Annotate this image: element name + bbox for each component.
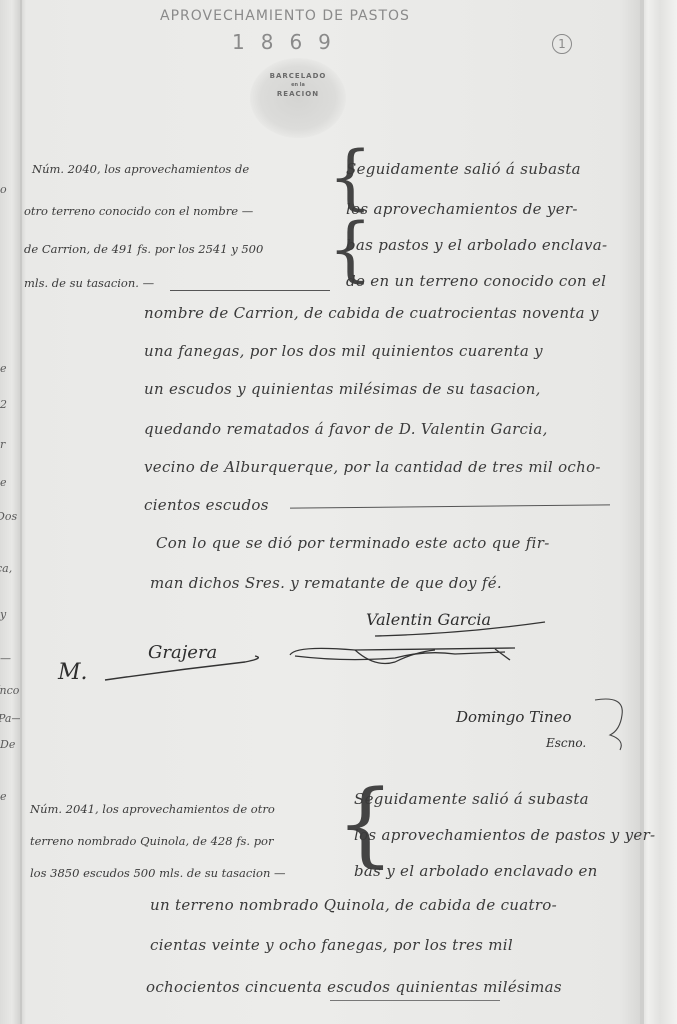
facing-fragment: 2 bbox=[0, 398, 7, 411]
facing-fragment: e bbox=[0, 362, 7, 375]
facing-fragment: e bbox=[0, 476, 7, 489]
facing-fragment: y bbox=[0, 608, 6, 621]
entry2-body-line: un terreno nombrado Quinola, de cabida d… bbox=[150, 896, 557, 914]
facing-fragment: ínco bbox=[0, 684, 19, 697]
entry1-body-line: cientos escudos bbox=[144, 496, 269, 514]
entry1-body-line: un escudos y quinientas milésimas de su … bbox=[144, 380, 541, 398]
entry2-body-line: cientas veinte y ocho fanegas, por los t… bbox=[150, 936, 513, 954]
facing-fragment: De bbox=[0, 738, 15, 751]
facing-fragment: e bbox=[0, 790, 7, 803]
entry1-body-line: Con lo que se dió por terminado este act… bbox=[156, 534, 550, 552]
signature-notary-title: Escno. bbox=[546, 736, 586, 750]
entry2-body-line: ochocientos cincuenta escudos quinientas… bbox=[146, 978, 562, 996]
entry2-body-line: los aprovechamientos de pastos y yer- bbox=[354, 826, 655, 844]
entry1-body-line: los aprovechamientos de yer- bbox=[346, 200, 578, 218]
entry1-margin-line: Núm. 2040, los aprovechamientos de bbox=[32, 162, 249, 176]
pencil-title: APROVECHAMIENTO DE PASTOS bbox=[160, 8, 460, 24]
margin-rule bbox=[170, 290, 330, 291]
marginal-mark: M. bbox=[58, 660, 88, 685]
facing-fragment: Dos bbox=[0, 510, 17, 523]
stamp-line: REACION bbox=[250, 90, 346, 98]
signature-notary: Domingo Tineo bbox=[456, 708, 572, 726]
entry2-margin-line: terreno nombrado Quinola, de 428 fs. por bbox=[30, 834, 273, 848]
notary-rubric bbox=[590, 690, 635, 760]
facing-fragment: ca, bbox=[0, 562, 12, 575]
entry2-margin-line: los 3850 escudos 500 mls. de su tasacion… bbox=[30, 866, 286, 880]
stamp-line: en la bbox=[250, 82, 346, 88]
facing-fragment: — bbox=[0, 652, 11, 665]
entry1-body-line: vecino de Alburquerque, por la cantidad … bbox=[144, 458, 601, 476]
facing-fragment: r bbox=[0, 438, 5, 451]
folio-number: 1 bbox=[552, 34, 572, 54]
facing-fragment: o bbox=[0, 183, 7, 196]
facing-page-edge: o e 2 r e Dos ca, y — ínco Pa— De e bbox=[0, 0, 22, 1024]
archive-stamp: BARCELADO en la REACION bbox=[250, 58, 346, 138]
stamp-line: BARCELADO bbox=[250, 72, 346, 80]
page-right-edge bbox=[640, 0, 644, 1024]
entry1-body-line: man dichos Sres. y rematante de que doy … bbox=[150, 574, 502, 592]
page-gutter bbox=[20, 0, 22, 1024]
entry1-margin-line: de Carrion, de 491 fs. por los 2541 y 50… bbox=[24, 242, 263, 256]
entry2-margin-line: Núm. 2041, los aprovechamientos de otro bbox=[30, 802, 275, 816]
entry1-body-line: Seguidamente salió á subasta bbox=[346, 160, 581, 178]
entry1-margin-line: mls. de su tasacion. — bbox=[24, 276, 154, 290]
entry1-body-line: una fanegas, por los dos mil quinientos … bbox=[144, 342, 543, 360]
entry1-body-line: nombre de Carrion, de cabida de cuatroci… bbox=[144, 304, 599, 322]
signature-underline bbox=[370, 620, 550, 640]
entry1-body-line: quedando rematados á favor de D. Valenti… bbox=[144, 420, 548, 438]
underline-rule bbox=[330, 1000, 500, 1001]
entry1-margin-line: otro terreno conocido con el nombre — bbox=[24, 204, 253, 218]
entry2-body-line: bas y el arbolado enclavado en bbox=[354, 862, 598, 880]
entry2-body-line: Seguidamente salió á subasta bbox=[354, 790, 589, 808]
entry1-body-line: do en un terreno conocido con el bbox=[346, 272, 606, 290]
entry1-body-line: bas pastos y el arbolado enclava- bbox=[346, 236, 607, 254]
facing-fragment: Pa— bbox=[0, 712, 22, 725]
pencil-year: 1869 bbox=[232, 30, 347, 54]
signature-flourish bbox=[95, 640, 575, 690]
